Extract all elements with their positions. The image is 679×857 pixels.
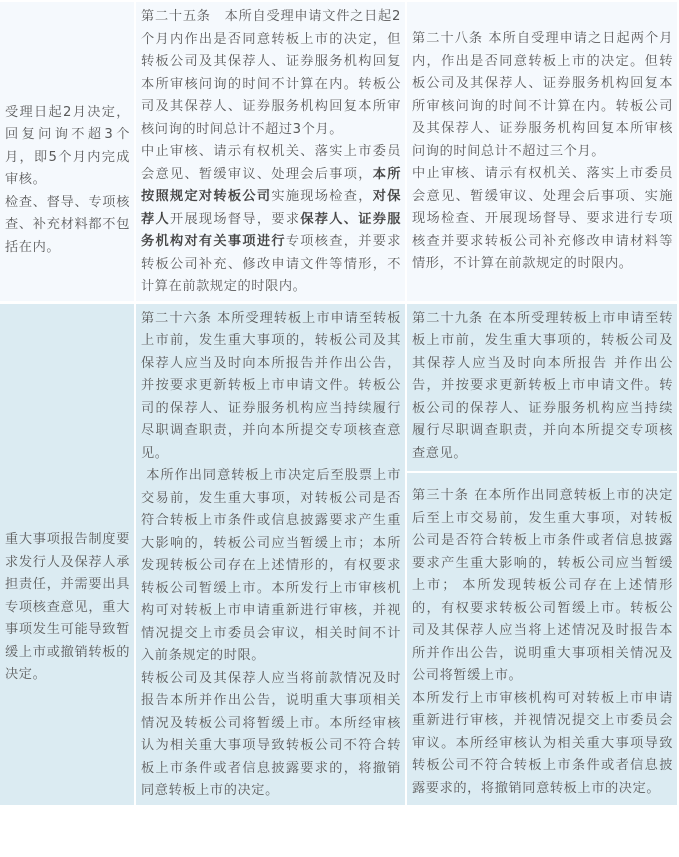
article-cell-original: 第二十六条 本所受理转板上市申请至转板上市前，发生重大事项的，转板公司及其保荐人… <box>136 301 407 805</box>
plain-text: 开展现场督导，要求 <box>170 212 300 227</box>
plain-text: 实施现场检查， <box>271 189 372 204</box>
article-cell-original: 第二十五条 本所自受理申请文件之日起2个月内作出是否同意转板上市的决定，但转板公… <box>136 0 407 301</box>
table-row-review-timeline: 受理日起2月决定，回复问询不超3个月，即5个月内完成审核。 检查、督导、专项核查… <box>0 0 679 301</box>
plain-text: 中止审核、请示有权机关、落实上市委员会意见、暂缓审议、处理会后事项， <box>141 144 401 182</box>
summary-text: 受理日起2月决定，回复问询不超3个月，即5个月内完成审核。 <box>5 102 130 192</box>
article-25-suspension-text: 中止审核、请示有权机关、落实上市委员会意见、暂缓审议、处理会后事项，本所按照规定… <box>141 141 401 299</box>
article-26-paragraph-2: 本所作出同意转板上市决定后至股票上市交易前，发生重大事项，对转板公司是否符合转板… <box>141 465 401 668</box>
article-cell-revised: 第二十八条 本所自受理申请之日起两个月内，作出是否同意转板上市的决定。但转板公司… <box>407 0 679 301</box>
article-29-text: 第二十九条 在本所受理转板上市申请至转板上市前，发生重大事项的，转板公司及其保荐… <box>412 308 673 466</box>
table-row-major-events: 重大事项报告制度要求发行人及保荐人承担责任，并需要出具专项核查意见，重大事项发生… <box>0 301 679 805</box>
article-29-block: 第二十九条 在本所受理转板上市申请至转板上市前，发生重大事项的，转板公司及其保荐… <box>407 304 677 472</box>
article-28-suspension-text: 中止审核、请示有权机关、落实上市委员会意见、暂缓审议、处理会后事项、实施现场检查… <box>412 163 673 276</box>
article-30-text: 第三十条 在本所作出同意转板上市的决定后至上市交易前，发生重大事项，对转板公司是… <box>412 485 673 688</box>
summary-text: 检查、督导、专项核查、补充材料都不包括在内。 <box>5 192 130 260</box>
rules-comparison-table: 受理日起2月决定，回复问询不超3个月，即5个月内完成审核。 检查、督导、专项核查… <box>0 0 679 805</box>
article-cell-revised: 第二十九条 在本所受理转板上市申请至转板上市前，发生重大事项的，转板公司及其保荐… <box>407 301 679 805</box>
summary-cell: 重大事项报告制度要求发行人及保荐人承担责任，并需要出具专项核查意见，重大事项发生… <box>0 301 136 805</box>
article-26-text: 第二十六条 本所受理转板上市申请至转板上市前，发生重大事项的，转板公司及其保荐人… <box>141 308 401 466</box>
article-26-block: 第二十六条 本所受理转板上市申请至转板上市前，发生重大事项的，转板公司及其保荐人… <box>136 304 405 805</box>
article-30-block: 第三十条 在本所作出同意转板上市的决定后至上市交易前，发生重大事项，对转板公司是… <box>407 471 677 802</box>
summary-cell: 受理日起2月决定，回复问询不超3个月，即5个月内完成审核。 检查、督导、专项核查… <box>0 0 136 301</box>
article-28-text: 第二十八条 本所自受理申请之日起两个月内，作出是否同意转板上市的决定。但转板公司… <box>412 28 673 163</box>
summary-text: 重大事项报告制度要求发行人及保荐人承担责任，并需要出具专项核查意见，重大事项发生… <box>5 529 130 687</box>
article-30-paragraph-2: 本所发行上市审核机构可对转板上市申请重新进行审核，并视情况提交上市委员会审议。本… <box>412 688 673 801</box>
article-26-paragraph-3: 转板公司及其保荐人应当将前款情况及时报告本所并作出公告，说明重大事项相关情况及转… <box>141 668 401 803</box>
article-25-text: 第二十五条 本所自受理申请文件之日起2个月内作出是否同意转板上市的决定，但转板公… <box>141 6 401 141</box>
